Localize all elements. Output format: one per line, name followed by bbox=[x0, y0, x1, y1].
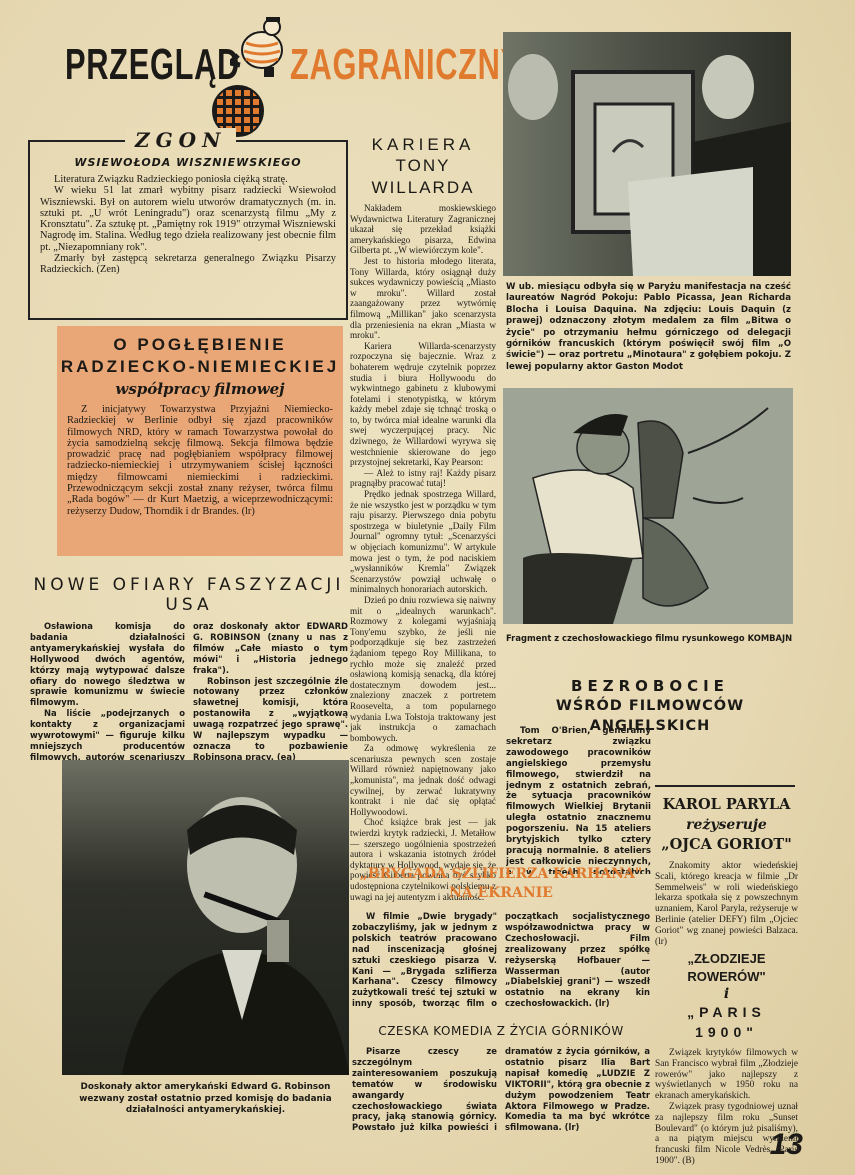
zlodzieje-title-line2: „PARIS 1900" bbox=[655, 1002, 798, 1042]
masthead-word-przeglad: PRZEGLĄD bbox=[65, 40, 240, 90]
zgon-article: ZGON WSIEWOŁODA WISZNIEWSKIEGO Literatur… bbox=[28, 140, 348, 320]
ofiary-article: NOWE OFIARY FASZYZACJI USA Osławiona kom… bbox=[30, 575, 348, 763]
ofiary-title-line2: USA bbox=[30, 595, 348, 615]
czeska-title: CZESKA KOMEDIA Z ŻYCIA GÓRNIKÓW bbox=[352, 1022, 650, 1040]
paryla-body: Znakomity aktor wiedeńskiej Scali, które… bbox=[655, 861, 798, 947]
paryla-article: KAROL PARYLA reżyseruje „OJCA GORIOT" Zn… bbox=[655, 795, 798, 947]
paryla-title-line1: KAROL PARYLA bbox=[655, 795, 798, 815]
daquin-photo bbox=[503, 32, 791, 276]
robinson-caption: Doskonały aktor amerykański Edward G. Ro… bbox=[62, 1082, 349, 1117]
poglebienie-article: O POGŁĘBIENIE RADZIECKO-NIEMIECKIEJ wspó… bbox=[57, 326, 343, 556]
portrait-illustration bbox=[62, 760, 349, 1075]
daquin-caption: W ub. miesiącu odbyła się w Paryżu manif… bbox=[506, 282, 791, 373]
kariera-body: Nakładem moskiewskiego Wydawnictwa Liter… bbox=[350, 203, 496, 902]
ofiary-body: Osławiona komisja do badania działalnośc… bbox=[30, 621, 348, 763]
brygada-article: „BRYGADA SZLIFIERZA KARHANA" NA EKRANIE … bbox=[352, 865, 650, 1009]
poglebienie-title-line2: RADZIECKO-NIEMIECKIEJ bbox=[57, 356, 343, 378]
poglebienie-title-line1: O POGŁĘBIENIE bbox=[57, 334, 343, 356]
photo-illustration bbox=[503, 32, 791, 276]
running-man-icon bbox=[230, 15, 290, 85]
kombajn-cartoon-image bbox=[503, 388, 793, 624]
poglebienie-subtitle: współpracy filmowej bbox=[57, 380, 343, 398]
page-number: 13 bbox=[770, 1128, 803, 1162]
bezrobocie-title-line1: BEZROBOCIE bbox=[506, 676, 794, 696]
paryla-title-script: reżyseruje bbox=[655, 815, 798, 835]
kombajn-caption: Fragment z czechosłowackiego filmu rysun… bbox=[506, 633, 796, 645]
zgon-subtitle: WSIEWOŁODA WISZNIEWSKIEGO bbox=[30, 156, 346, 169]
czeska-article: CZESKA KOMEDIA Z ŻYCIA GÓRNIKÓW Pisarze … bbox=[352, 1022, 650, 1133]
kariera-article: KARIERA TONY WILLARDA Nakładem moskiewsk… bbox=[350, 135, 496, 902]
zlodzieje-title-conj: i bbox=[655, 986, 798, 1002]
dancing-couple-illustration bbox=[503, 388, 793, 624]
bezrobocie-body: Tom O'Brien, generalny sekretarz związku… bbox=[506, 726, 651, 874]
magazine-page: PRZEGLĄD ZAGRANICZNY ZGON WSIEWOŁODA WIS… bbox=[0, 0, 855, 1175]
brygada-title-line1: „BRYGADA SZLIFIERZA KARHANA" bbox=[352, 865, 650, 884]
ofiary-title-line1: NOWE OFIARY FASZYZACJI bbox=[30, 575, 348, 595]
masthead: PRZEGLĄD ZAGRANICZNY bbox=[55, 10, 495, 120]
zlodzieje-title-line1: „ZŁODZIEJE ROWERÓW" bbox=[655, 950, 798, 986]
masthead-word-zagraniczny: ZAGRANICZNY bbox=[290, 40, 522, 90]
zgon-title: ZGON bbox=[125, 128, 236, 152]
poglebienie-body: Z inicjatywy Towarzystwa Przyjaźni Niemi… bbox=[67, 404, 333, 517]
kariera-title-line2: TONY WILLARDA bbox=[350, 155, 496, 199]
robinson-photo bbox=[62, 760, 349, 1075]
paryla-title-line2: „OJCA GORIOT" bbox=[655, 835, 798, 855]
brygada-title-line2: NA EKRANIE bbox=[352, 884, 650, 903]
zgon-body: Literatura Związku Radzieckiego poniosła… bbox=[40, 174, 336, 276]
czeska-body: Pisarze czescy ze szczególnym zaintereso… bbox=[352, 1046, 650, 1133]
brygada-body: W filmie „Dwie brygady" zobaczyliśmy, ja… bbox=[352, 911, 650, 1009]
kariera-title-line1: KARIERA bbox=[350, 135, 496, 155]
divider bbox=[655, 785, 795, 787]
